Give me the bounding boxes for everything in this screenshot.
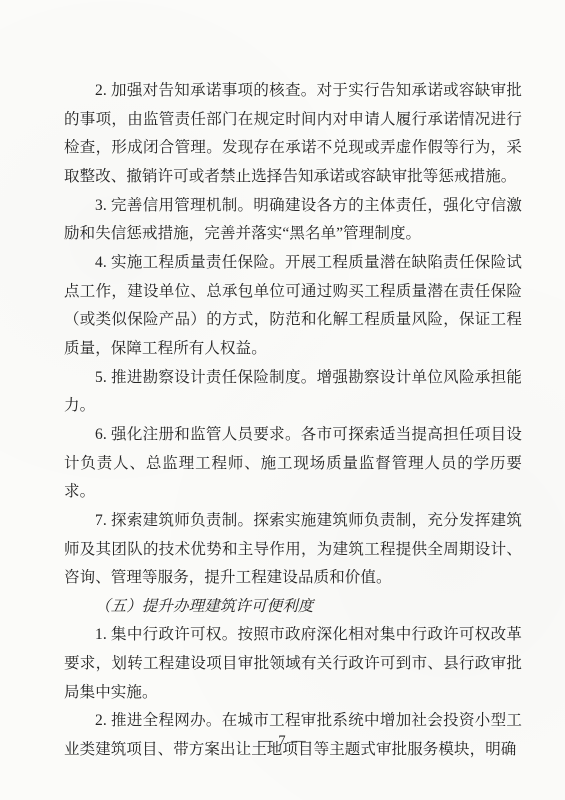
- document-page: 2. 加强对告知承诺事项的核查。对于实行告知承诺或容缺审批的事项，由监管责任部门…: [0, 0, 565, 800]
- body-paragraph: 4. 实施工程质量责任保险。开展工程质量潜在缺陷责任保险试点工作，建设单位、总承…: [64, 249, 522, 364]
- body-paragraph: 1. 集中行政许可权。按照市政府深化相对集中行政许可权改革要求，划转工程建设项目…: [64, 621, 522, 707]
- section-heading: （五）提升办理建筑许可便利度: [64, 593, 522, 622]
- body-paragraph: 3. 完善信用管理机制。明确建设各方的主体责任，强化守信激励和失信惩戒措施，完善…: [64, 192, 522, 249]
- document-body: 2. 加强对告知承诺事项的核查。对于实行告知承诺或容缺审批的事项，由监管责任部门…: [64, 77, 522, 765]
- page-number: — 7 —: [0, 729, 565, 753]
- body-paragraph: 7. 探索建筑师负责制。探索实施建筑师负责制，充分发挥建筑师及其团队的技术优势和…: [64, 507, 522, 593]
- body-paragraph: 2. 加强对告知承诺事项的核查。对于实行告知承诺或容缺审批的事项，由监管责任部门…: [64, 77, 522, 192]
- body-paragraph: 5. 推进勘察设计责任保险制度。增强勘察设计单位风险承担能力。: [64, 364, 522, 421]
- body-paragraph: 6. 强化注册和监管人员要求。各市可探索适当提高担任项目设计负责人、总监理工程师…: [64, 421, 522, 507]
